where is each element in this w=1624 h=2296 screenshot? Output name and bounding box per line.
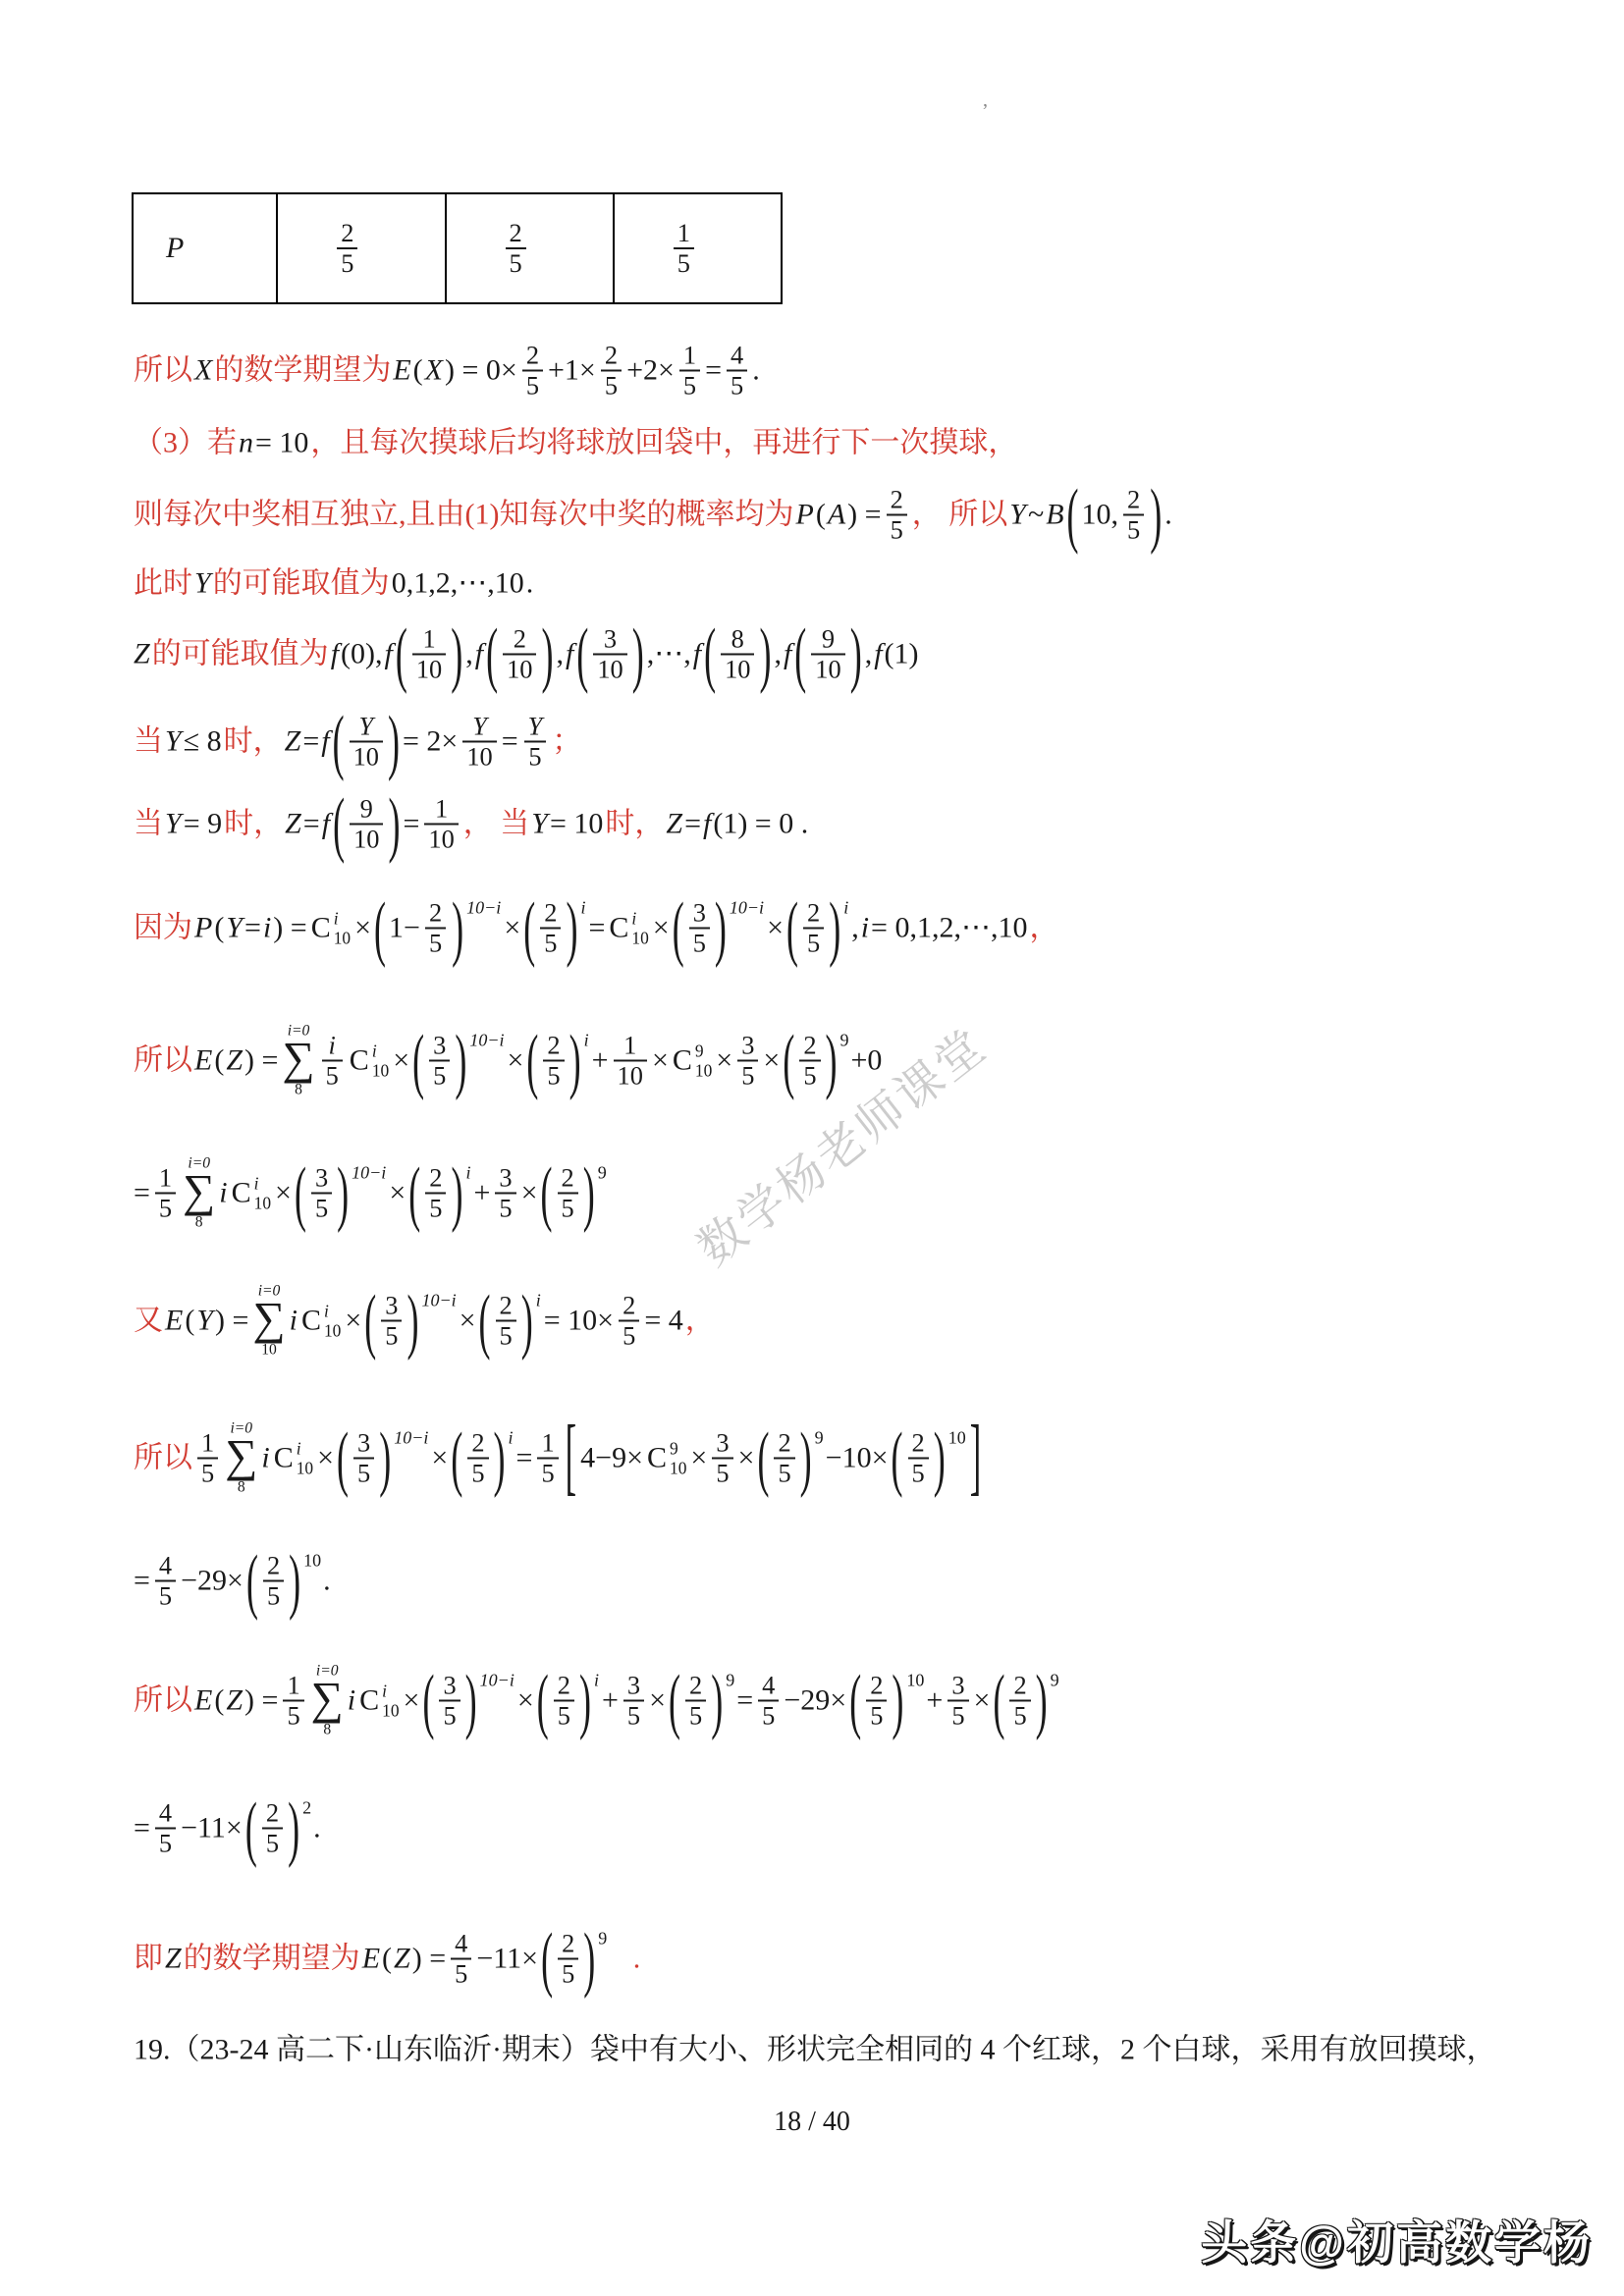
table-p-label: P bbox=[166, 232, 184, 265]
problem-19-line: 19.（23-24 高二下·山东临沂·期末）袋中有大小、形状完全相同的 4 个红… bbox=[133, 2031, 1496, 2068]
byline-watermark: 头条@初高数学杨 bbox=[1201, 2207, 1593, 2272]
probability-fraction: 25 bbox=[506, 219, 526, 277]
table-cell-p: P bbox=[134, 194, 276, 302]
table-cell-1: 25 bbox=[276, 194, 444, 302]
distribution-table: P 25 25 15 bbox=[132, 192, 783, 304]
ez-simplified-line: = 45−11×(25)2 . bbox=[133, 1798, 322, 1856]
pmf-line: 因为 P(Y = i) = Ci10×(1−25)10−i×(25)i = Ci… bbox=[133, 898, 1059, 956]
case-y-9-10-line: 当 Y = 9 时， Z = f(910) = 110， 当 Y = 10 时，… bbox=[133, 794, 809, 852]
sum-identity-line: 所以 15i=0∑8iCi10×(35)10−i×(25)i = 15[4−9×… bbox=[133, 1419, 984, 1495]
page-number: 18 / 40 bbox=[0, 2107, 1624, 2138]
ez-expansion-line: 所以 E(Z) = i=0∑8i5Ci10×(35)10−i×(25)i+110… bbox=[133, 1022, 883, 1097]
sum-result-line: = 45−29×(25)10 . bbox=[133, 1551, 332, 1609]
ez-final-line: 即 Z 的数学期望为 E(Z) = 45−11×(25)9 . bbox=[133, 1929, 641, 1987]
stray-mark: ’ bbox=[982, 100, 989, 123]
table-cell-3: 15 bbox=[613, 194, 781, 302]
document-page: ’ P 25 25 15 所以 X 的数学期望为E(X) = 0×25+1×25… bbox=[0, 0, 1624, 2296]
independence-line: 则每次中奖相互独立,且由(1)知每次中奖的概率均为P(A) =25， 所以Y ~… bbox=[133, 485, 1173, 543]
probability-fraction: 25 bbox=[337, 219, 357, 277]
ez-step2-line: = 15i=0∑8iCi10×(35)10−i×(25)i+35×(25)9 bbox=[133, 1154, 608, 1230]
ez-combined-line: 所以 E(Z) = 15i=0∑8iCi10×(35)10−i×(25)i+35… bbox=[133, 1662, 1060, 1737]
ey-line: 又 E(Y) = i=0∑10iCi10×(35)10−i×(25)i = 10… bbox=[133, 1282, 716, 1358]
z-values-line: Z 的可能取值为 f(0), f(110), f(210), f(310),⋯,… bbox=[133, 624, 920, 682]
case-y-le-8-line: 当 Y ≤ 8 时， Z = f(Y10) = 2×Y10 = Y5； bbox=[133, 712, 582, 770]
probability-fraction: 15 bbox=[674, 219, 694, 277]
part3-intro-line: （3）若 n = 10，且每次摸球后均将球放回袋中，再进行下一次摸球， bbox=[133, 424, 1018, 461]
ex-expectation-line: 所以 X 的数学期望为E(X) = 0×25+1×25+2×15=45. bbox=[133, 341, 761, 399]
table-cell-2: 25 bbox=[445, 194, 613, 302]
y-values-line: 此时 Y 的可能取值为 0,1,2,⋯,10 . bbox=[133, 564, 534, 602]
